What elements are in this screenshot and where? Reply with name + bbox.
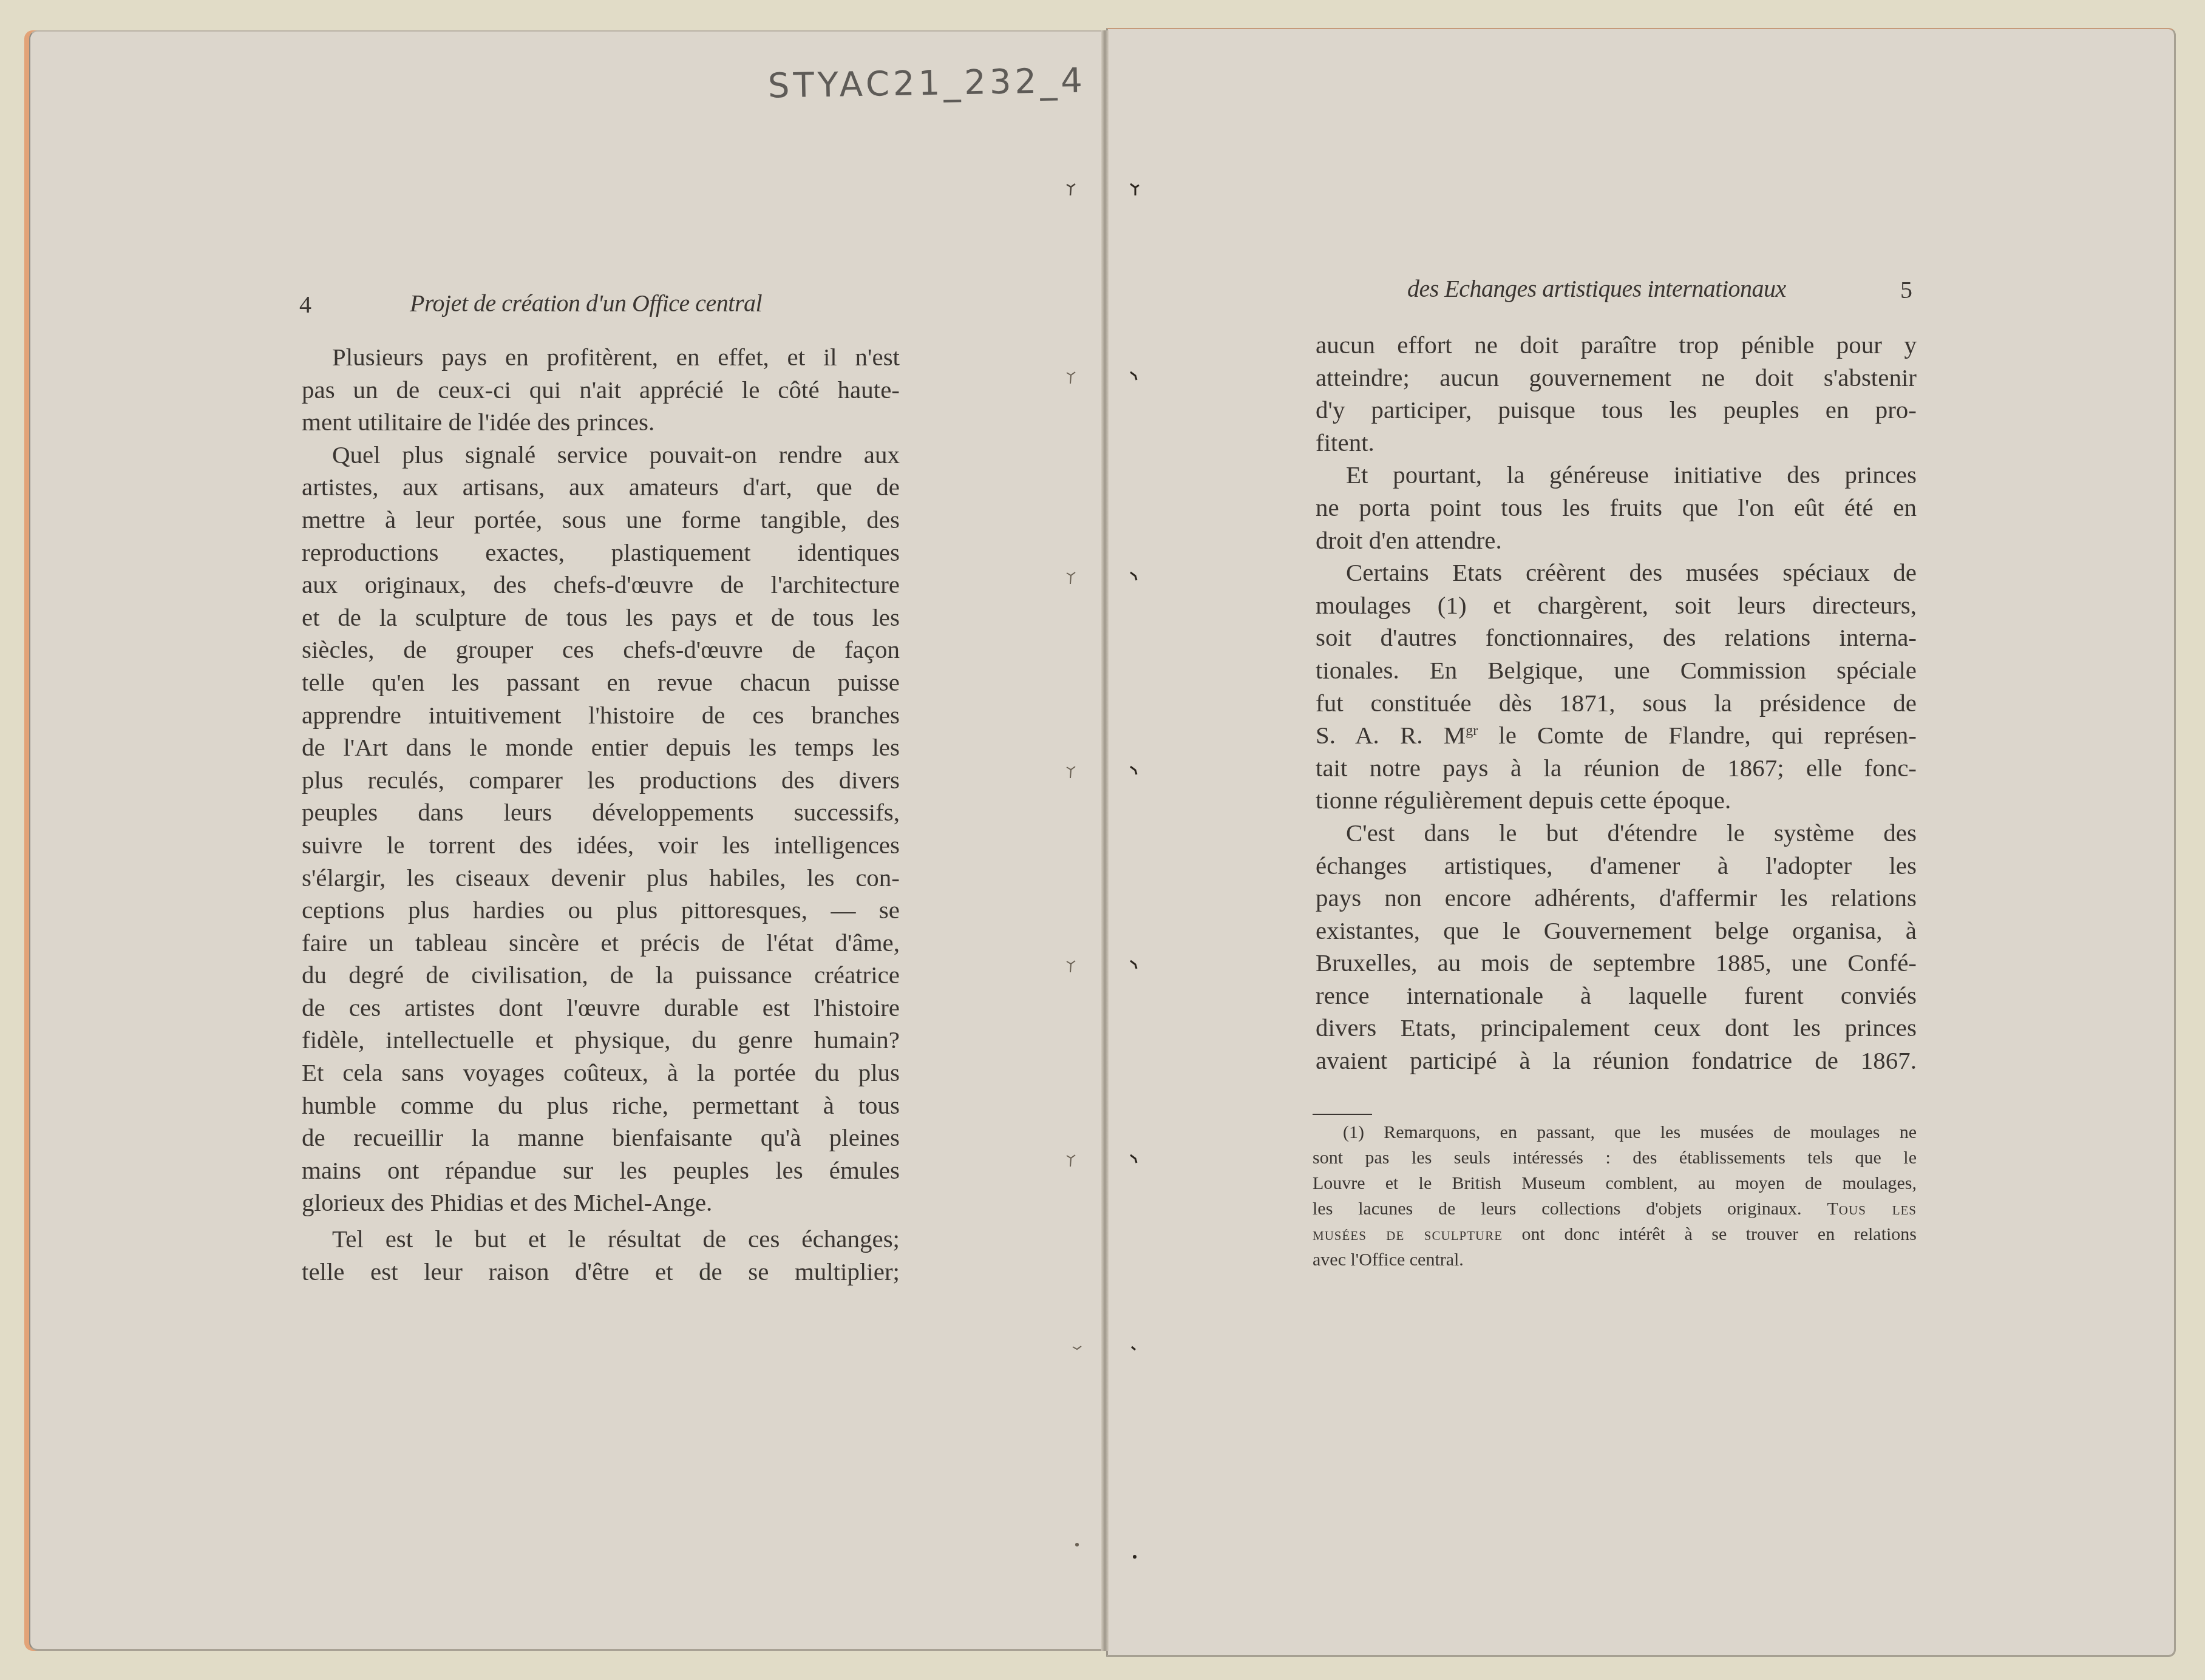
- staple-hole-icon: [1129, 571, 1140, 586]
- text-line: aux originaux, des chefs-d'œuvre de l'ar…: [302, 569, 900, 601]
- staple-hole-icon: [1072, 1539, 1082, 1554]
- footnote-line: musées de sculpture ont donc intérêt à s…: [1313, 1222, 1917, 1247]
- text-line: ment utilitaire de l'idée des princes.: [302, 406, 900, 439]
- text-fragment: S. A. R. M: [1316, 721, 1466, 749]
- text-line: telle est leur raison d'être et de se mu…: [302, 1256, 900, 1289]
- text-line: pays non encore adhérents, d'affermir le…: [1316, 882, 1917, 915]
- text-line: siècles, de grouper ces chefs-d'œuvre de…: [302, 634, 900, 666]
- staple-hole-icon: [1065, 765, 1076, 781]
- text-line: plus reculés, comparer les productions d…: [302, 764, 900, 797]
- text-fragment: ont donc intérêt à se trouver en relatio…: [1503, 1224, 1917, 1244]
- text-line: fitent.: [1316, 427, 1917, 459]
- text-line: reproductions exactes, plastiquement ide…: [302, 537, 900, 569]
- text-line: Certains Etats créèrent des musées spéci…: [1316, 557, 1917, 589]
- text-line: atteindre; aucun gouvernement ne doit s'…: [1316, 362, 1917, 395]
- text-line: mains ont répandue sur les peuples les é…: [302, 1154, 900, 1187]
- text-line: faire un tableau sincère et précis de l'…: [302, 927, 900, 960]
- footnote-line: sont pas les seuls intéressés : des étab…: [1313, 1145, 1917, 1171]
- staple-hole-icon: [1129, 959, 1140, 975]
- text-line: et de la sculpture de tous les pays et d…: [302, 601, 900, 634]
- page-number-left: 4: [299, 290, 311, 319]
- staple-hole-icon: [1065, 1153, 1076, 1169]
- superscript-abbrev: gr: [1466, 723, 1478, 739]
- text-line: de ces artistes dont l'œuvre durable est…: [302, 992, 900, 1025]
- archive-pencil-mark: STYAC21_232_4: [767, 61, 1086, 106]
- book-spine: [1101, 30, 1109, 1651]
- staple-hole-icon: [1065, 370, 1076, 386]
- text-line: S. A. R. Mgr le Comte de Flandre, qui re…: [1316, 719, 1917, 752]
- page-number-right: 5: [1900, 276, 1912, 304]
- text-line: Quel plus signalé service pouvait-on ren…: [302, 439, 900, 472]
- text-line: Et cela sans voyages coûteux, à la porté…: [302, 1057, 900, 1089]
- text-line: rence internationale à laquelle furent c…: [1316, 980, 1917, 1012]
- text-line: soit d'autres fonctionnaires, des relati…: [1316, 622, 1917, 654]
- text-line: Plusieurs pays en profitèrent, en effet,…: [302, 341, 900, 374]
- text-line: peuples dans leurs développements succes…: [302, 796, 900, 829]
- text-line: de l'Art dans le monde entier depuis les…: [302, 731, 900, 764]
- footnote-line: Louvre et le British Museum comblent, au…: [1313, 1171, 1917, 1196]
- staple-hole-icon: [1129, 1551, 1140, 1567]
- text-line: aucun effort ne doit paraître trop pénib…: [1316, 329, 1917, 362]
- running-title-left: Projet de création d'un Office central: [410, 289, 762, 317]
- text-line: apprendre intuitivement l'histoire de ce…: [302, 699, 900, 732]
- staple-hole-icon: [1065, 571, 1076, 586]
- staple-hole-icon: [1129, 370, 1140, 386]
- text-line: artistes, aux artisans, aux amateurs d'a…: [302, 471, 900, 504]
- text-line: existantes, que le Gouvernement belge or…: [1316, 915, 1917, 947]
- staple-hole-icon: [1129, 765, 1140, 781]
- smallcaps-text: Tous les: [1827, 1199, 1917, 1219]
- text-line: tionales. En Belgique, une Commission sp…: [1316, 654, 1917, 687]
- text-line: droit d'en attendre.: [1316, 524, 1917, 557]
- text-line: échanges artistiques, d'amener à l'adopt…: [1316, 850, 1917, 882]
- text-line: Tel est le but et le résultat de ces éch…: [302, 1223, 900, 1256]
- staple-hole-icon: [1129, 1344, 1140, 1360]
- footnote-rule: [1313, 1114, 1372, 1115]
- text-line: glorieux des Phidias et des Michel-Ange.: [302, 1187, 900, 1219]
- staple-hole-icon: [1072, 1344, 1082, 1360]
- text-line: tait notre pays à la réunion de 1867; el…: [1316, 752, 1917, 785]
- text-line: telle qu'en les passant en revue chacun …: [302, 666, 900, 699]
- text-line: avaient participé à la réunion fondatric…: [1316, 1045, 1917, 1077]
- text-line: d'y participer, puisque tous les peuples…: [1316, 394, 1917, 427]
- footnote-line: avec l'Office central.: [1313, 1247, 1917, 1273]
- text-fragment: le Comte de Flandre, qui représen-: [1478, 721, 1917, 749]
- text-line: fut constituée dès 1871, sous la préside…: [1316, 687, 1917, 720]
- right-page-body: aucun effort ne doit paraître trop pénib…: [1316, 329, 1917, 1077]
- text-line: tionne régulièrement depuis cette époque…: [1316, 784, 1917, 817]
- footnote-line: (1) Remarquons, en passant, que les musé…: [1313, 1120, 1917, 1145]
- staple-hole-icon: [1129, 182, 1140, 198]
- text-line: pas un de ceux-ci qui n'ait apprécié le …: [302, 374, 900, 407]
- footnote: (1) Remarquons, en passant, que les musé…: [1313, 1120, 1917, 1273]
- text-line: humble comme du plus riche, permettant à…: [302, 1089, 900, 1122]
- staple-hole-icon: [1065, 959, 1076, 975]
- text-line: Et pourtant, la généreuse initiative des…: [1316, 459, 1917, 492]
- text-line: ne porta point tous les fruits que l'on …: [1316, 492, 1917, 524]
- text-line: s'élargir, les ciseaux devenir plus habi…: [302, 862, 900, 895]
- staple-hole-icon: [1129, 1153, 1140, 1169]
- text-fragment: les lacunes de leurs collections d'objet…: [1313, 1199, 1827, 1219]
- text-line: divers Etats, principalement ceux dont l…: [1316, 1012, 1917, 1045]
- smallcaps-text: musées de sculpture: [1313, 1224, 1503, 1244]
- running-title-right: des Echanges artistiques internationaux: [1407, 274, 1786, 303]
- text-line: C'est dans le but d'étendre le système d…: [1316, 817, 1917, 850]
- text-line: fidèle, intellectuelle et physique, du g…: [302, 1024, 900, 1057]
- text-line: moulages (1) et chargèrent, soit leurs d…: [1316, 589, 1917, 622]
- text-line: mettre à leur portée, sous une forme tan…: [302, 504, 900, 537]
- text-line: ceptions plus hardies ou plus pittoresqu…: [302, 894, 900, 927]
- text-line: suivre le torrent des idées, voir les in…: [302, 829, 900, 862]
- footnote-line: les lacunes de leurs collections d'objet…: [1313, 1196, 1917, 1222]
- staple-hole-icon: [1065, 182, 1076, 198]
- text-line: Bruxelles, au mois de septembre 1885, un…: [1316, 947, 1917, 980]
- text-line: de recueillir la manne bienfaisante qu'à…: [302, 1122, 900, 1154]
- text-line: du degré de civilisation, de la puissanc…: [302, 959, 900, 992]
- left-page-body: Plusieurs pays en profitèrent, en effet,…: [302, 341, 900, 1288]
